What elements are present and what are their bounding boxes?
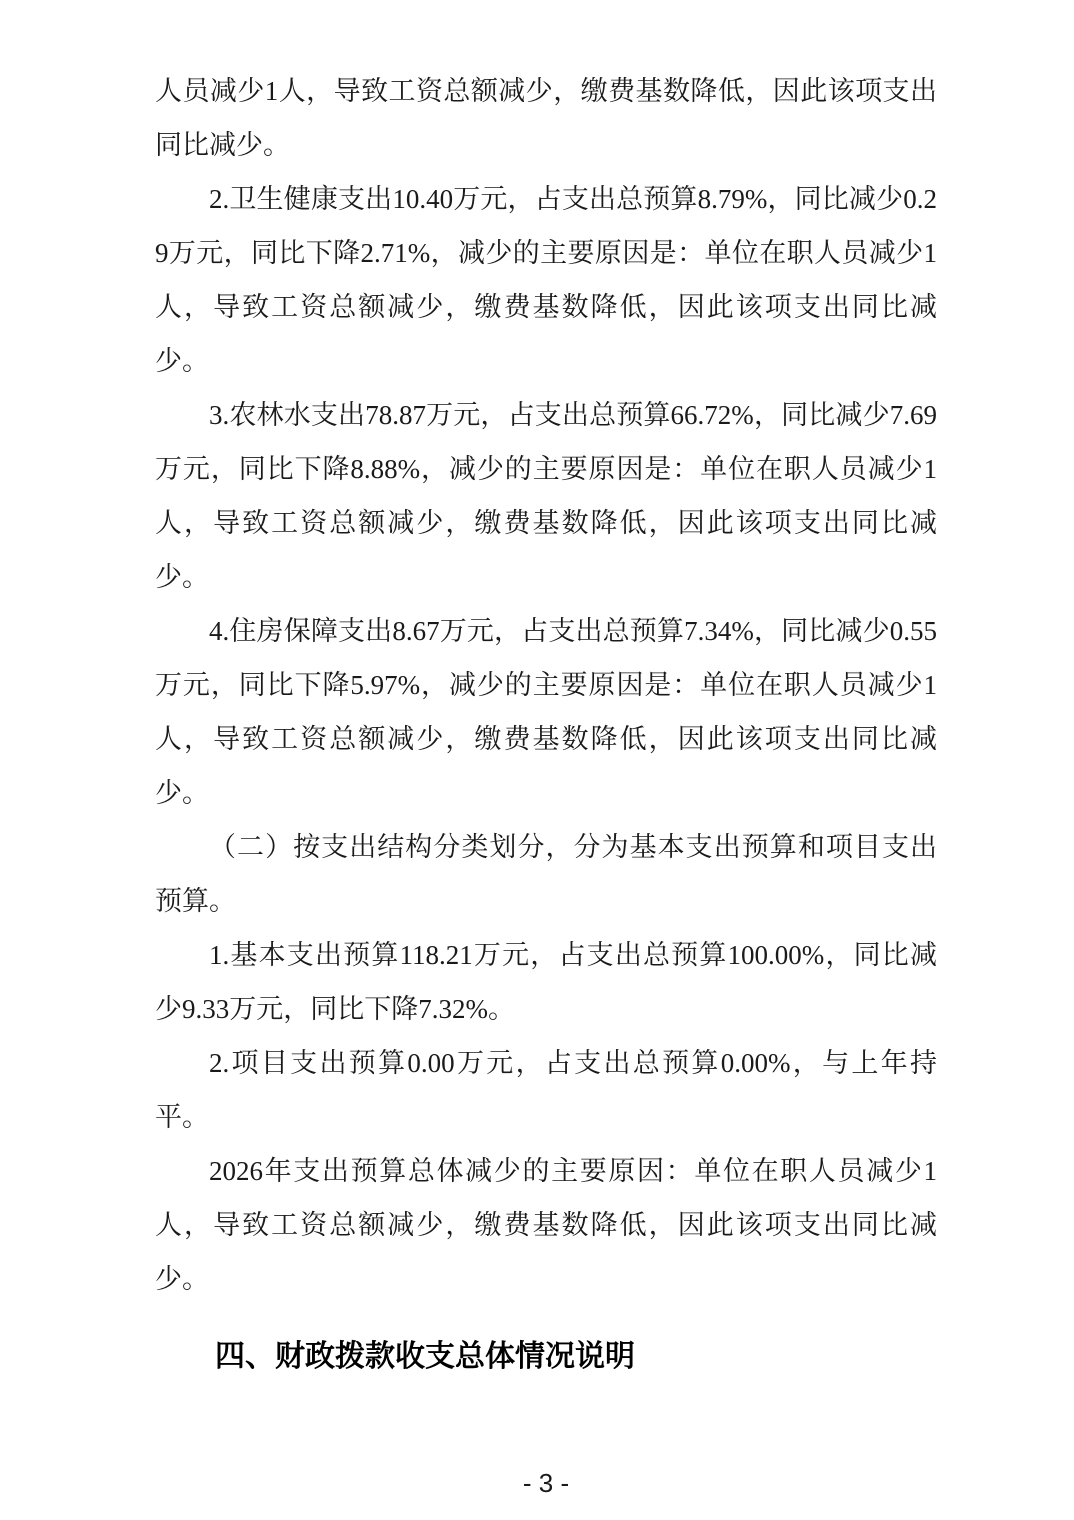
paragraph-continuation: 人员减少1人，导致工资总额减少，缴费基数降低，因此该项支出同比减少。 [155, 64, 937, 172]
paragraph-agriculture-forestry-water-expense: 3.农林水支出78.87万元，占支出总预算66.72%，同比减少7.69万元，同… [155, 388, 937, 604]
document-page: 人员减少1人，导致工资总额减少，缴费基数降低，因此该项支出同比减少。 2.卫生健… [0, 0, 1074, 1520]
paragraph-housing-security-expense: 4.住房保障支出8.67万元，占支出总预算7.34%，同比减少0.55万元，同比… [155, 604, 937, 820]
paragraph-health-expense: 2.卫生健康支出10.40万元，占支出总预算8.79%，同比减少0.29万元，同… [155, 172, 937, 388]
paragraph-basic-expense-budget: 1.基本支出预算118.21万元，占支出总预算100.00%，同比减少9.33万… [155, 928, 937, 1036]
paragraph-overall-decrease-reason: 2026年支出预算总体减少的主要原因：单位在职人员减少1人，导致工资总额减少，缴… [155, 1144, 937, 1306]
paragraph-project-expense-budget: 2.项目支出预算0.00万元，占支出总预算0.00%，与上年持平。 [155, 1036, 937, 1144]
section-heading-fiscal-appropriation: 四、财政拨款收支总体情况说明 [155, 1330, 937, 1384]
paragraph-expense-structure-classification: （二）按支出结构分类划分，分为基本支出预算和项目支出预算。 [155, 820, 937, 928]
page-number: - 3 - [155, 1468, 937, 1499]
document-body-text: 人员减少1人，导致工资总额减少，缴费基数降低，因此该项支出同比减少。 2.卫生健… [155, 64, 937, 1384]
